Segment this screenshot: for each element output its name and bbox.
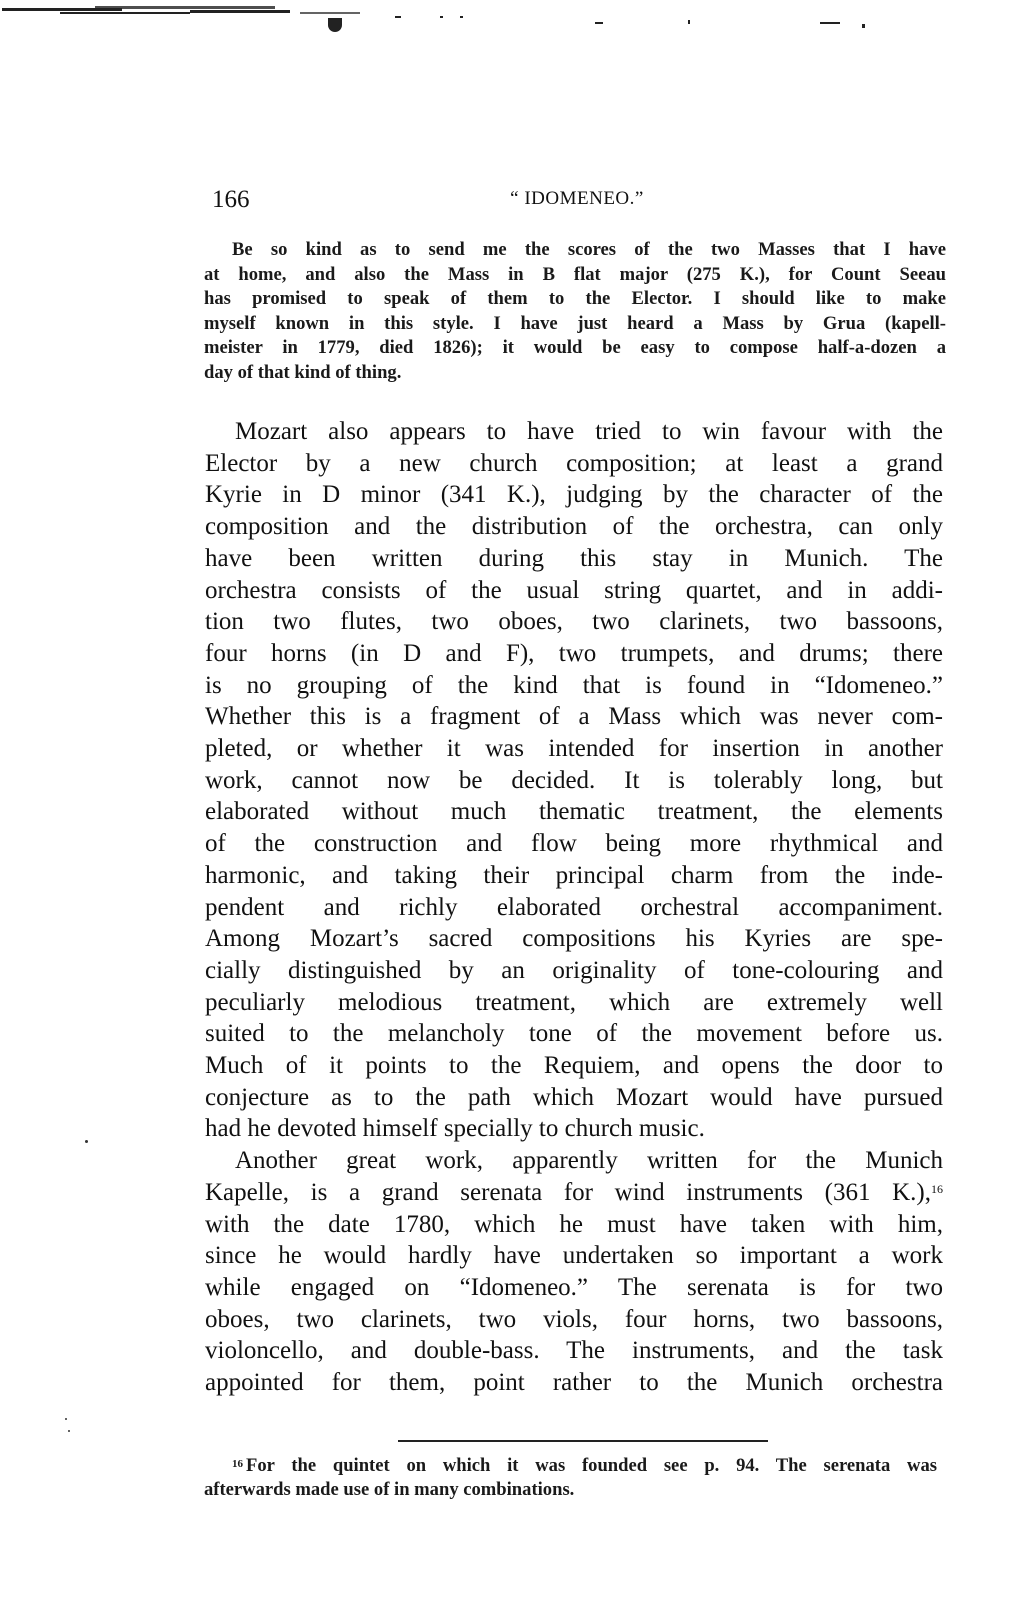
body-line: of the construction and flow being more … xyxy=(205,828,943,860)
body-line: Another great work, apparently written f… xyxy=(205,1145,943,1177)
body-line: suited to the melancholy tone of the mov… xyxy=(205,1018,943,1050)
body-line: Whether this is a fragment of a Mass whi… xyxy=(205,701,943,733)
body-line-with-footnote-ref: Kapelle, is a grand serenata for wind in… xyxy=(205,1177,943,1209)
paragraph-serenata: Another great work, apparently written f… xyxy=(205,1145,943,1399)
footnote-line: afterwards made use of in many combinati… xyxy=(204,1478,937,1502)
body-line: harmonic, and taking their principal cha… xyxy=(205,860,943,892)
body-line: Kyrie in D minor (341 K.), judging by th… xyxy=(205,479,943,511)
body-line: tion two flutes, two oboes, two clarinet… xyxy=(205,606,943,638)
body-line: four horns (in D and F), two trumpets, a… xyxy=(205,638,943,670)
body-line: with the date 1780, which he must have t… xyxy=(205,1209,943,1241)
footnote-mark: 16 xyxy=(232,1458,243,1470)
letter-line: has promised to speak of them to the Ele… xyxy=(204,287,946,312)
letter-line: day of that kind of thing. xyxy=(204,361,946,386)
body-line: conjecture as to the path which Mozart w… xyxy=(205,1082,943,1114)
body-line: oboes, two clarinets, two viols, four ho… xyxy=(205,1304,943,1336)
letter-excerpt: Be so kind as to send me the scores of t… xyxy=(204,238,946,385)
body-line: Elector by a new church composition; at … xyxy=(205,448,943,480)
body-line: Much of it points to the Requiem, and op… xyxy=(205,1050,943,1082)
body-line-text: Kapelle, is a grand serenata for wind in… xyxy=(205,1179,931,1206)
footnote-reference[interactable]: 16 xyxy=(931,1182,943,1196)
body-line: have been written during this stay in Mu… xyxy=(205,543,943,575)
scan-edge-artifact xyxy=(0,0,1034,30)
footnote: 16For the quintet on which it was founde… xyxy=(204,1454,937,1502)
body-line: while engaged on “Idomeneo.” The serenat… xyxy=(205,1272,943,1304)
body-line: since he would hardly have undertaken so… xyxy=(205,1240,943,1272)
scan-speck xyxy=(85,1140,88,1143)
paragraph-kyrie: Mozart also appears to have tried to win… xyxy=(205,416,943,1145)
body-line: is no grouping of the kind that is found… xyxy=(205,670,943,702)
body-line: Mozart also appears to have tried to win… xyxy=(205,416,943,448)
body-text: Mozart also appears to have tried to win… xyxy=(205,416,943,1399)
footnote-text: For the quintet on which it was founded … xyxy=(246,1455,937,1476)
body-line: pleted, or whether it was intended for i… xyxy=(205,733,943,765)
body-line: appointed for them, point rather to the … xyxy=(205,1367,943,1399)
scan-speck xyxy=(68,1430,70,1432)
footnote-divider xyxy=(398,1440,768,1442)
body-line: composition and the distribution of the … xyxy=(205,511,943,543)
body-line: cially distinguished by an originality o… xyxy=(205,955,943,987)
letter-line: myself known in this style. I have just … xyxy=(204,312,946,337)
body-line: peculiarly melodious treatment, which ar… xyxy=(205,987,943,1019)
footnote-line: 16For the quintet on which it was founde… xyxy=(204,1454,937,1478)
page-header: 166 “ IDOMENEO.” xyxy=(212,186,942,220)
body-line: elaborated without much thematic treatme… xyxy=(205,796,943,828)
scan-speck xyxy=(65,1418,67,1420)
body-line: violoncello, and double-bass. The instru… xyxy=(205,1335,943,1367)
body-line: work, cannot now be decided. It is toler… xyxy=(205,765,943,797)
body-line: Among Mozart’s sacred compositions his K… xyxy=(205,923,943,955)
letter-line: meister in 1779, died 1826); it would be… xyxy=(204,336,946,361)
running-title: “ IDOMENEO.” xyxy=(212,188,942,210)
body-line: pendent and richly elaborated orchestral… xyxy=(205,892,943,924)
letter-line: Be so kind as to send me the scores of t… xyxy=(204,238,946,263)
letter-line: at home, and also the Mass in B flat maj… xyxy=(204,263,946,288)
body-line: had he devoted himself specially to chur… xyxy=(205,1113,943,1145)
body-line: orchestra consists of the usual string q… xyxy=(205,575,943,607)
